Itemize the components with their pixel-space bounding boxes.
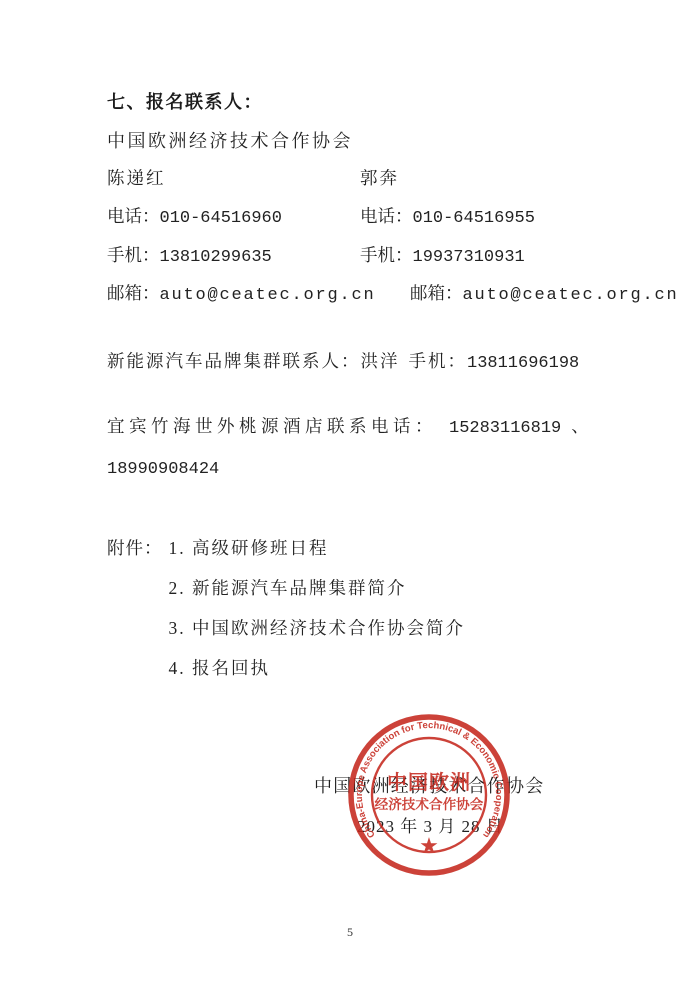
attachments-section: 附件： 1. 高级研修班日程 2. 新能源汽车品牌集群简介 3. 中国欧洲经济技… [107,528,465,688]
seal-center-line-2: 经济技术合作协会 [375,796,484,812]
email-value-right: auto@ceatec.org.cn [463,286,679,305]
mobile-value-left: 13810299635 [160,248,272,267]
cluster-mobile-value: 13811696198 [467,354,579,373]
contact-mobile-row: 手机：13810299635 手机：19937310931 [107,235,593,274]
contact-name-left: 陈递红 [107,165,360,190]
attachment-item-2: 2. 新能源汽车品牌集群简介 [169,568,466,608]
attachment-item-4: 4. 报名回执 [169,648,466,688]
contact-columns: 陈递红 郭奔 电话：010-64516960 电话：010-64516955 手… [107,158,593,312]
email-label-left: 邮箱： [107,283,160,303]
seal-center-line-1: 中国欧洲 [387,770,471,794]
page-number: 5 [0,925,700,940]
cluster-mobile-label: 手机： [409,351,468,371]
document-page: 七、报名联系人： 中国欧洲经济技术合作协会 陈递红 郭奔 电话：010-6451… [0,0,700,989]
contact-email-right: 邮箱：auto@ceatec.org.cn [410,280,679,305]
contact-phone-right: 电话：010-64516955 [360,203,535,228]
contact-name-row: 陈递红 郭奔 [107,158,593,197]
contact-email-row: 邮箱：auto@ceatec.org.cn 邮箱：auto@ceatec.org… [107,274,593,313]
attachment-item-3: 3. 中国欧洲经济技术合作协会简介 [169,608,466,648]
hotel-label: 宜宾竹海世外桃源酒店联系电话： [107,416,437,436]
contact-mobile-right: 手机：19937310931 [360,242,525,267]
hotel-contact-section: 宜宾竹海世外桃源酒店联系电话：15283116819、 18990908424 [107,413,589,479]
attachment-item-1: 1. 高级研修班日程 [169,528,466,568]
hotel-phone-2: 18990908424 [107,460,219,479]
contact-name-right: 郭奔 [360,165,399,190]
mobile-label-left: 手机： [107,245,160,265]
contact-phone-left: 电话：010-64516960 [107,203,360,228]
email-value-left: auto@ceatec.org.cn [160,286,376,305]
official-seal: China-Europe Association for Technical &… [346,712,512,878]
contact-phone-row: 电话：010-64516960 电话：010-64516955 [107,197,593,236]
seal-star-icon: ★ [419,833,439,858]
hotel-contact-line-2: 18990908424 [107,457,589,479]
mobile-value-right: 19937310931 [413,248,525,267]
attachments-label: 附件： [107,528,163,568]
attachments-list: 1. 高级研修班日程 2. 新能源汽车品牌集群简介 3. 中国欧洲经济技术合作协… [169,528,466,688]
hotel-phone-separator: 、 [571,416,589,436]
cluster-contact-line: 新能源汽车品牌集群联系人：洪洋手机：13811696198 [107,348,579,373]
phone-label-left: 电话： [107,206,160,226]
contact-mobile-left: 手机：13810299635 [107,242,360,267]
contact-email-left: 邮箱：auto@ceatec.org.cn [107,280,410,305]
seal-graphic: China-Europe Association for Technical &… [346,712,512,878]
hotel-phone-1: 15283116819 [449,419,561,438]
phone-value-right: 010-64516955 [413,209,535,228]
email-label-right: 邮箱： [410,283,463,303]
organization-name: 中国欧洲经济技术合作协会 [107,127,353,153]
mobile-label-right: 手机： [360,245,413,265]
phone-value-left: 010-64516960 [160,209,282,228]
hotel-contact-line-1: 宜宾竹海世外桃源酒店联系电话：15283116819、 [107,413,589,457]
section-heading: 七、报名联系人： [107,88,263,114]
cluster-contact-name: 洪洋 [361,351,400,371]
phone-label-right: 电话： [360,206,413,226]
cluster-label: 新能源汽车品牌集群联系人： [107,351,361,371]
